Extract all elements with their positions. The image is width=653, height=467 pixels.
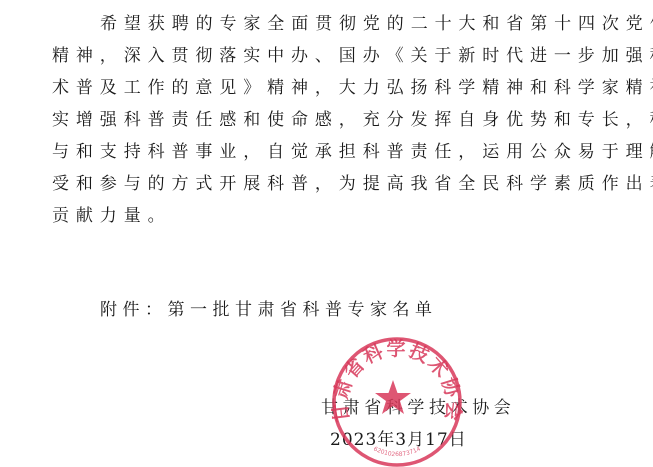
body-line: 精神，深入贯彻落实中办、国办《关于新时代进一步加强科学技	[52, 40, 572, 72]
body-line: 受和参与的方式开展科普，为提高我省全民科学素质作出表率、	[52, 168, 572, 200]
star-icon	[375, 380, 411, 414]
svg-text:6201026873714: 6201026873714	[372, 445, 422, 458]
body-paragraph: 希望获聘的专家全面贯彻党的二十大和省第十四次党代会 精神，深入贯彻落实中办、国办…	[52, 8, 572, 232]
body-line: 与和支持科普事业，自觉承担科普责任，运用公众易于理解、接	[52, 136, 572, 168]
attachment-note: 附件：第一批甘肃省科普专家名单	[100, 298, 438, 322]
body-line: 希望获聘的专家全面贯彻党的二十大和省第十四次党代会	[52, 8, 572, 40]
body-line: 实增强科普责任感和使命感，充分发挥自身优势和专长，积极参	[52, 104, 572, 136]
official-seal: 甘肃省科学技术协会 6201026873714	[330, 335, 464, 467]
body-line: 贡献力量。	[52, 200, 572, 232]
body-line: 术普及工作的意见》精神，大力弘扬科学精神和科学家精神，切	[52, 72, 572, 104]
seal-arc-text: 甘肃省科学技术协会	[330, 337, 464, 423]
seal-serial: 6201026873714	[372, 445, 422, 458]
svg-text:甘肃省科学技术协会: 甘肃省科学技术协会	[330, 337, 464, 423]
